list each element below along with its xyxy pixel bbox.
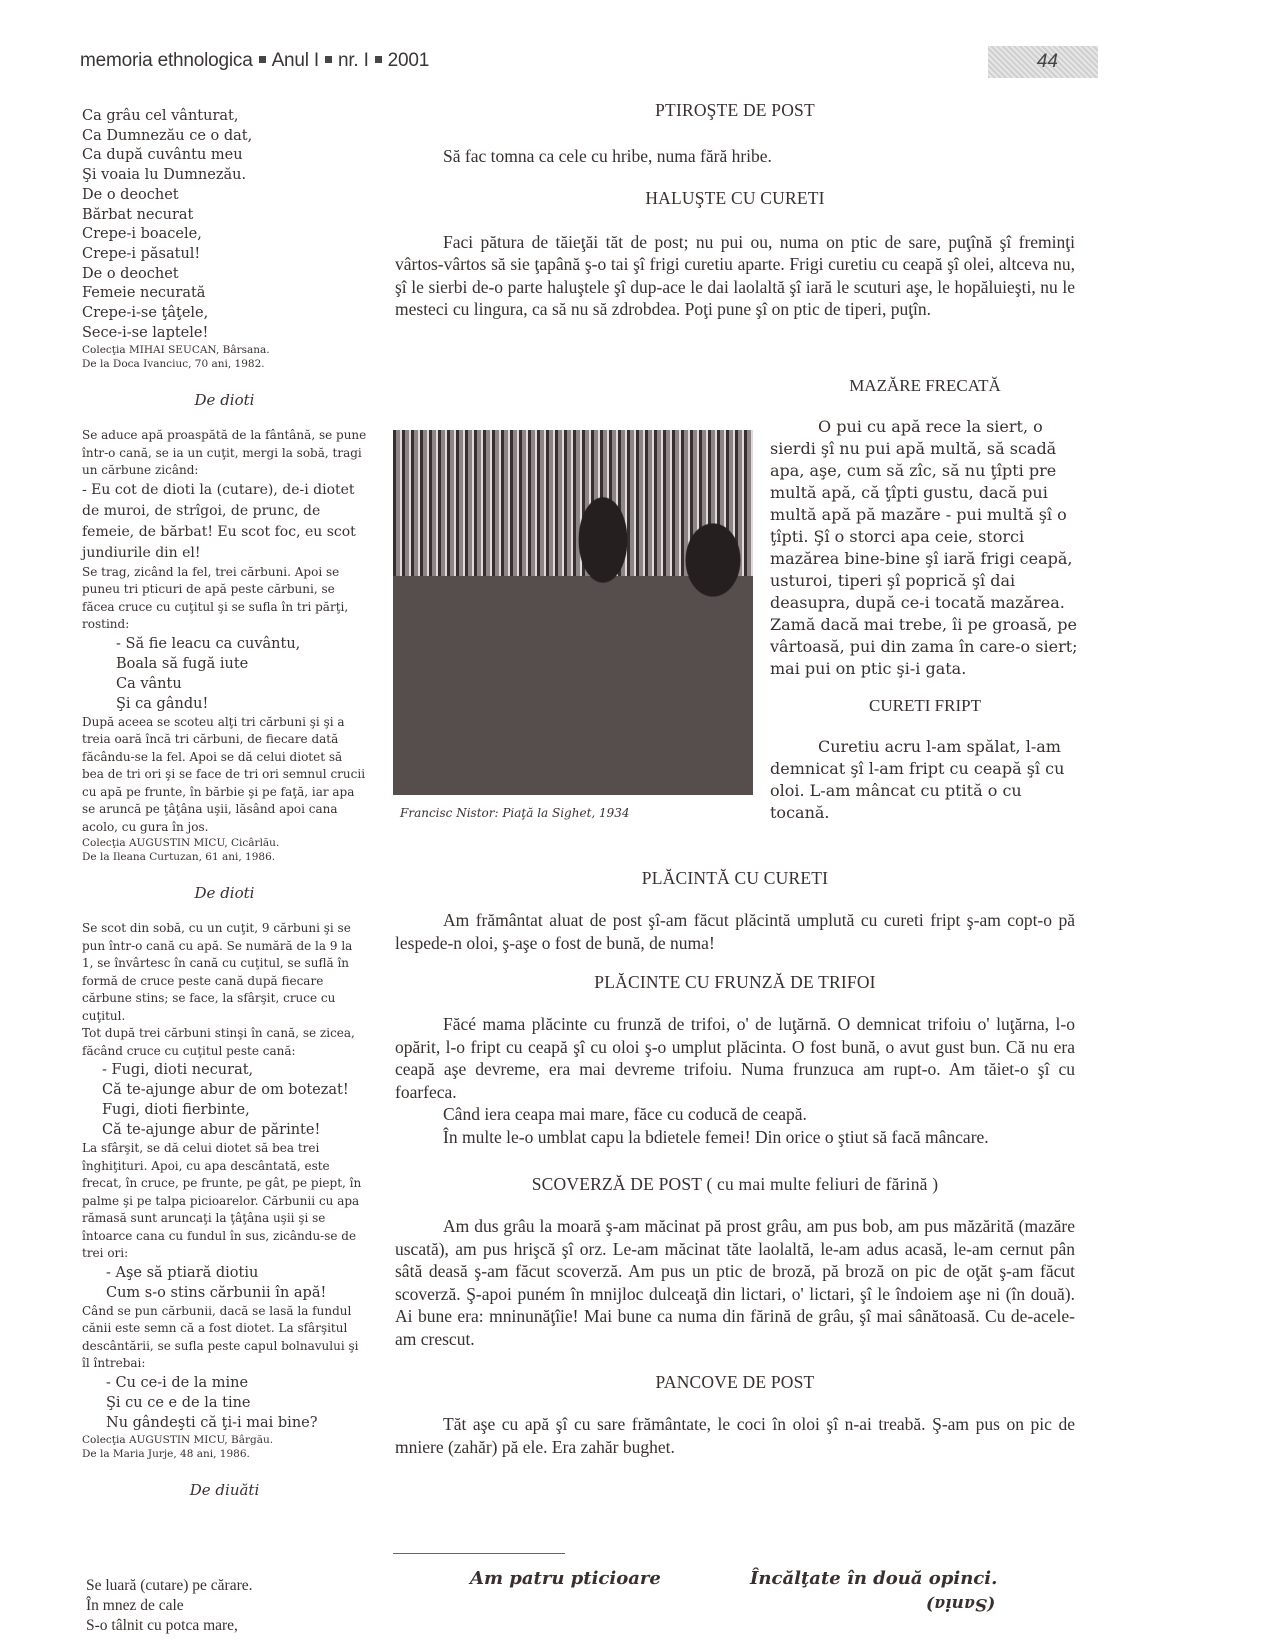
paragraph: Când se pun cărbunii, dacă se lasă la fu… — [82, 1303, 367, 1373]
poem-1: Ca grâu cel vânturat, Ca Dumnezău ce o d… — [82, 107, 367, 371]
recipe-text: Faci pătura de tăieţăi tăt de post; nu p… — [395, 231, 1075, 321]
poem-line: Crepe-i boacele, — [82, 225, 367, 245]
recipe-text: În multe le-o umblat capu la bdietele fe… — [395, 1126, 1075, 1149]
square-bullet-icon — [325, 56, 332, 63]
poem-line: De o deochet — [82, 265, 367, 285]
verse-line: Boala să fugă iute — [82, 654, 367, 674]
poem-line: Ca după cuvântu meu — [82, 146, 367, 166]
recipe-text: Am dus grâu la moară ş-am măcinat pă pro… — [395, 1215, 1075, 1350]
poem-line: Femeie necurată — [82, 284, 367, 304]
issue-number: nr. I — [338, 50, 369, 71]
recipe-title: PLĂCINTĂ CU CURETI — [395, 868, 1075, 889]
informant-credit: De la Maria Jurje, 48 ani, 1986. — [82, 1447, 367, 1461]
section-de-dioti-2: Se scot din sobă, cu un cuţit, 9 cărbuni… — [82, 920, 367, 1461]
section-de-dioti-1: Se aduce apă proaspătă de la fântână, se… — [82, 427, 367, 864]
paragraph: Se aduce apă proaspătă de la fântână, se… — [82, 427, 367, 480]
verse-line: - Să fie leacu ca cuvântu, — [82, 634, 367, 654]
verse-line: Şi ca gându! — [82, 694, 367, 714]
running-header: memoria ethnologicaAnul Inr. I2001 — [80, 50, 429, 72]
verse-line: Cum s-o stins cărbunii în apă! — [82, 1283, 367, 1303]
market-photo — [393, 430, 753, 795]
collection-credit: Colecţia AUGUSTIN MICU, Bârgău. — [82, 1433, 367, 1447]
journal-title: memoria ethnologica — [80, 50, 253, 71]
section-title: De dioti — [82, 884, 367, 902]
riddle-answer-upside-down: (Sania) — [926, 1594, 995, 1614]
square-bullet-icon — [259, 56, 266, 63]
recipe-text: O pui cu apă rece la siert, o sierdi şî … — [770, 416, 1080, 680]
right-column-top: PTIROŞTE DE POST Să fac tomna ca cele cu… — [395, 100, 1075, 321]
recipe-title: HALUŞTE CU CURETI — [395, 188, 1075, 209]
recipe-text: Curetiu acru l-am spălat, l-am demnicat … — [770, 736, 1080, 824]
verse-line: Nu gândeşti că ţi-i mai bine? — [82, 1413, 367, 1433]
year-label: Anul I — [272, 50, 319, 71]
recipe-text: Am frământat aluat de post şî-am făcut p… — [395, 909, 1075, 954]
riddle-line-1: Am patru pticioare — [470, 1568, 661, 1589]
poem-line: Se luară (cutare) pe cărare. — [86, 1576, 253, 1596]
paragraph: Se trag, zicând la fel, trei cărbuni. Ap… — [82, 564, 367, 634]
poem-line: De o deochet — [82, 186, 367, 206]
recipe-text: Când iera ceapa mai mare, făce cu coducă… — [395, 1103, 1075, 1126]
poem-line: Ca Dumnezău ce o dat, — [82, 127, 367, 147]
incantation: - Eu cot de dioti la (cutare), de-i diot… — [82, 480, 367, 564]
recipe-text: Făcé mama plăcinte cu frunză de trifoi, … — [395, 1013, 1075, 1103]
recipe-title: CURETI FRIPT — [770, 696, 1080, 716]
recipe-text: Tăt aşe cu apă şî cu sare frământate, le… — [395, 1413, 1075, 1458]
photo-caption: Francisc Nistor: Piaţă la Sighet, 1934 — [400, 806, 630, 820]
verse-line: Fugi, dioti fierbinte, — [82, 1100, 367, 1120]
poem-line: În mnez de cale — [86, 1596, 253, 1616]
paragraph: Se scot din sobă, cu un cuţit, 9 cărbuni… — [82, 920, 367, 1025]
right-column-bottom: PLĂCINTĂ CU CURETI Am frământat aluat de… — [395, 868, 1075, 1458]
verse-line: Că te-ajunge abur de părinte! — [82, 1120, 367, 1140]
poem-line: S-o tâlnit cu potca mare, — [86, 1616, 253, 1636]
recipe-title: PLĂCINTE CU FRUNZĂ DE TRIFOI — [395, 972, 1075, 993]
section-title: De dioti — [82, 391, 367, 409]
page-number: 44 — [988, 46, 1098, 78]
poem-de-diuati: Se luară (cutare) pe cărare. În mnez de … — [86, 1576, 253, 1636]
verse-line: Ca vântu — [82, 674, 367, 694]
section-title: De diuăti — [82, 1481, 367, 1499]
collection-credit: Colecţia MIHAI SEUCAN, Bârsana. — [82, 343, 367, 357]
poem-line: Crepe-i-se ţâţele, — [82, 304, 367, 324]
paragraph: Tot după trei cărbuni stinşi în cană, se… — [82, 1025, 367, 1060]
recipe-title: PTIROŞTE DE POST — [395, 100, 1075, 121]
recipe-text: Să fac tomna ca cele cu hribe, numa fără… — [395, 145, 1075, 168]
publication-year: 2001 — [388, 50, 429, 71]
informant-credit: De la Doca Ivanciuc, 70 ani, 1982. — [82, 357, 367, 371]
paragraph: La sfârşit, se dă celui diotet să bea tr… — [82, 1140, 367, 1263]
paragraph: După aceea se scoteu alţi tri cărbuni şi… — [82, 714, 367, 837]
verse-line: - Cu ce-i de la mine — [82, 1373, 367, 1393]
collection-credit: Colecţia AUGUSTIN MICU, Cicârlău. — [82, 836, 367, 850]
poem-line: Ca grâu cel vânturat, — [82, 107, 367, 127]
recipe-column-beside-photo: MAZĂRE FRECATĂ O pui cu apă rece la sier… — [770, 376, 1080, 824]
poem-line: Crepe-i păsatul! — [82, 245, 367, 265]
poem-line: Bărbat necurat — [82, 206, 367, 226]
verse-line: Şi cu ce e de la tine — [82, 1393, 367, 1413]
verse-line: - Aşe să ptiară diotiu — [82, 1263, 367, 1283]
poem-line: Şi voaia lu Dumnezău. — [82, 166, 367, 186]
informant-credit: De la Ileana Curtuzan, 61 ani, 1986. — [82, 850, 367, 864]
poem-line: Sece-i-se laptele! — [82, 324, 367, 344]
divider — [393, 1553, 565, 1554]
left-column: Ca grâu cel vânturat, Ca Dumnezău ce o d… — [82, 107, 367, 1517]
recipe-title: PANCOVE DE POST — [395, 1372, 1075, 1393]
verse-line: Că te-ajunge abur de om botezat! — [82, 1080, 367, 1100]
square-bullet-icon — [375, 56, 382, 63]
recipe-title: MAZĂRE FRECATĂ — [770, 376, 1080, 396]
recipe-title: SCOVERZĂ DE POST ( cu mai multe feliuri … — [395, 1174, 1075, 1195]
riddle-line-2: Încălţate în două opinci. — [750, 1568, 997, 1589]
verse-line: - Fugi, dioti necurat, — [82, 1060, 367, 1080]
